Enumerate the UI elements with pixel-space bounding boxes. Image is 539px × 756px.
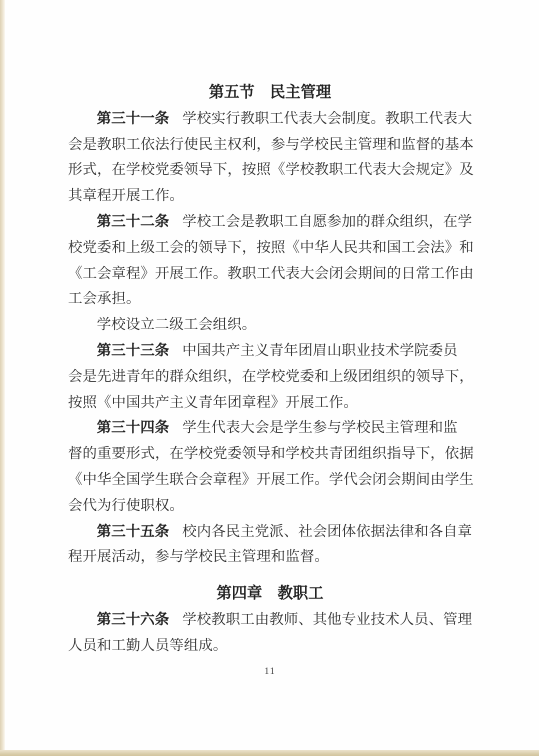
paragraph-text: 校党委和上级工会的领导下，按照《中华人民共和国工会法》和: [68, 240, 474, 256]
document-content: 第五节 民主管理 第三十一条学校实行教职工代表大会制度。教职工代表大 会是教职工…: [68, 0, 472, 679]
paragraph-line: 工会承担。: [68, 287, 472, 313]
article-number: 第三十六条: [97, 612, 169, 628]
paragraph-text: 形式，在学校党委领导下，按照《学校教职工代表大会规定》及: [68, 162, 474, 178]
paragraph-text: 学校实行教职工代表大会制度。教职工代表大: [182, 111, 472, 127]
paragraph-line: 《工会章程》开展工作。教职工代表大会闭会期间的日常工作由: [68, 262, 472, 288]
paragraph-line: 督的重要形式，在学校党委领导和学校共青团组织指导下，依据: [68, 442, 472, 468]
paragraph-line: 校党委和上级工会的领导下，按照《中华人民共和国工会法》和: [68, 236, 472, 262]
paragraph-line: 程开展活动，参与学校民主管理和监督。: [68, 545, 472, 571]
paragraph-line: 第三十二条学校工会是教职工自愿参加的群众组织，在学: [68, 210, 472, 236]
article-number: 第三十一条: [97, 111, 169, 127]
paragraph-text: 校内各民主党派、社会团体依据法律和各自章: [182, 524, 472, 540]
paragraph-line: 第三十四条学生代表大会是学生参与学校民主管理和监: [68, 416, 472, 442]
paragraph-line: 学校设立二级工会组织。: [68, 313, 472, 339]
article-number: 第三十五条: [97, 524, 169, 540]
paragraph-line: 第三十一条学校实行教职工代表大会制度。教职工代表大: [68, 107, 472, 133]
page-number-row: 11: [68, 665, 472, 679]
article-number: 第三十四条: [97, 420, 169, 436]
paragraph-line: 第三十三条中国共产主义青年团眉山职业技术学院委员: [68, 339, 472, 365]
paragraph-text: 会代为行使职权。: [68, 498, 184, 514]
document-page: 第五节 民主管理 第三十一条学校实行教职工代表大会制度。教职工代表大 会是教职工…: [0, 0, 539, 756]
paragraph-text: 学生代表大会是学生参与学校民主管理和监: [182, 420, 457, 436]
paragraph-text: 人员和工勤人员等组成。: [68, 638, 227, 654]
paragraph-line: 会是教职工依法行使民主权利，参与学校民主管理和监督的基本: [68, 133, 472, 159]
paragraph-text: 学校教职工由教师、其他专业技术人员、管理: [182, 612, 472, 628]
paragraph-text: 会是先进青年的群众组织，在学校党委和上级团组织的领导下，: [68, 369, 474, 385]
paragraph-text: 按照《中国共产主义青年团章程》开展工作。: [68, 395, 358, 411]
section-heading: 第五节 民主管理: [209, 84, 331, 101]
chapter-heading: 第四章 教职工: [216, 585, 323, 602]
paragraph-line: 《中华全国学生联合会章程》开展工作。学代会闭会期间由学生: [68, 468, 472, 494]
page-number: 11: [264, 667, 275, 677]
paragraph-line: 其章程开展工作。: [68, 184, 472, 210]
scan-edge-bottom: [0, 750, 539, 756]
paragraph-text: 《中华全国学生联合会章程》开展工作。学代会闭会期间由学生: [68, 472, 474, 488]
scan-edge-left: [0, 0, 5, 756]
paragraph-text: 会是教职工依法行使民主权利，参与学校民主管理和监督的基本: [68, 137, 474, 153]
paragraph-text: 程开展活动，参与学校民主管理和监督。: [68, 549, 329, 565]
paragraph-text: 《工会章程》开展工作。教职工代表大会闭会期间的日常工作由: [68, 266, 474, 282]
paragraph-line: 按照《中国共产主义青年团章程》开展工作。: [68, 391, 472, 417]
paragraph-text: 督的重要形式，在学校党委领导和学校共青团组织指导下，依据: [68, 446, 474, 462]
chapter-heading-row: 第四章 教职工: [68, 581, 472, 608]
paragraph-line: 会代为行使职权。: [68, 494, 472, 520]
paragraph-line: 第三十六条学校教职工由教师、其他专业技术人员、管理: [68, 608, 472, 634]
paragraph-text: 学校工会是教职工自愿参加的群众组织，在学: [182, 214, 472, 230]
paragraph-text: 学校设立二级工会组织。: [97, 317, 256, 333]
paragraph-text: 工会承担。: [68, 291, 140, 307]
paragraph-line: 形式，在学校党委领导下，按照《学校教职工代表大会规定》及: [68, 158, 472, 184]
paragraph-line: 人员和工勤人员等组成。: [68, 634, 472, 660]
article-number: 第三十二条: [97, 214, 169, 230]
paragraph-line: 会是先进青年的群众组织，在学校党委和上级团组织的领导下，: [68, 365, 472, 391]
paragraph-line: 第三十五条校内各民主党派、社会团体依据法律和各自章: [68, 520, 472, 546]
paragraph-text: 其章程开展工作。: [68, 188, 184, 204]
section-heading-row: 第五节 民主管理: [68, 80, 472, 107]
article-number: 第三十三条: [97, 343, 169, 359]
paragraph-text: 中国共产主义青年团眉山职业技术学院委员: [182, 343, 457, 359]
